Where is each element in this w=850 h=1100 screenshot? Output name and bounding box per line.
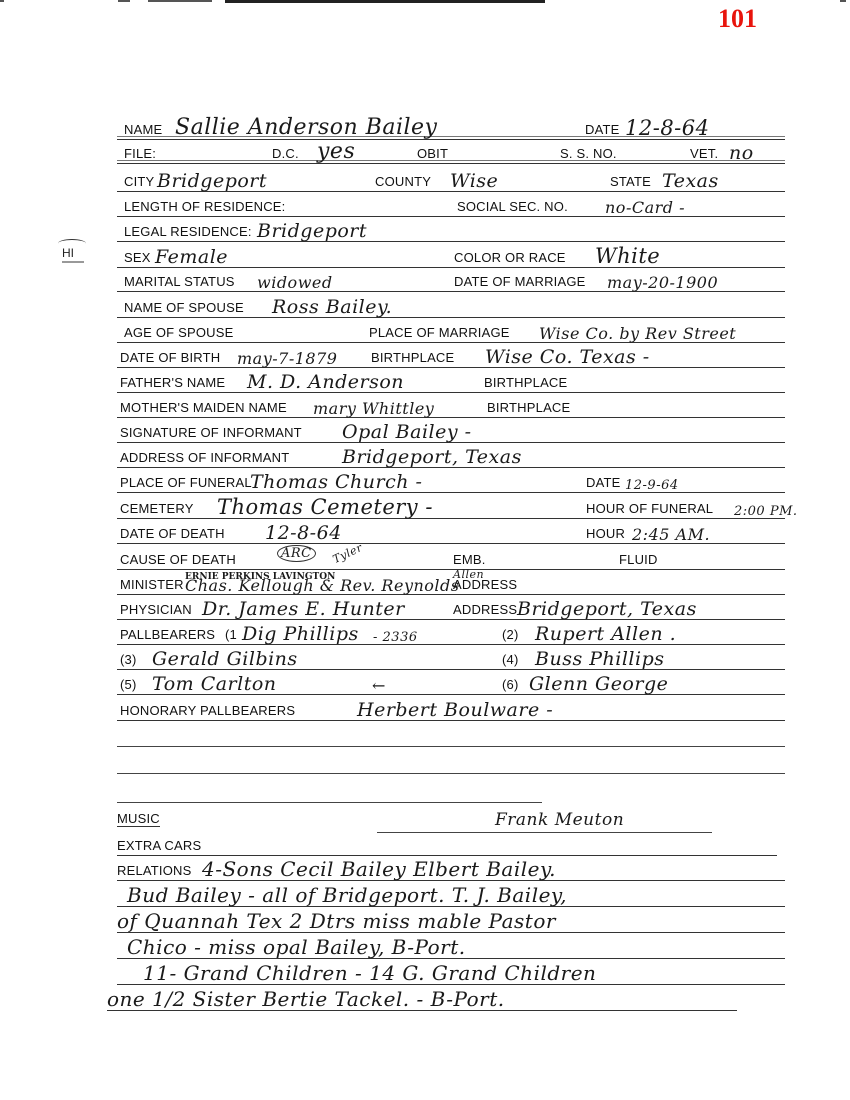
physician-value[interactable]: Dr. James E. Hunter	[202, 598, 405, 620]
relations-label: RELATIONS	[117, 863, 192, 878]
signature-of-informant-label: SIGNATURE OF INFORMANT	[120, 425, 302, 440]
pallbearer-1-num: (1	[225, 627, 237, 642]
state-value[interactable]: Texas	[662, 170, 719, 192]
pallbearer-5-num: (5)	[120, 677, 137, 692]
social-sec-label: SOCIAL SEC. NO.	[457, 199, 568, 214]
row-pallbearers-1-2: PALLBEARERS (1 Dig Phillips - 2336 (2) R…	[117, 621, 785, 645]
row-marital-status: MARITAL STATUS widowed DATE OF MARRIAGE …	[117, 268, 785, 292]
dc-value[interactable]: yes	[317, 139, 355, 164]
row-birth: DATE OF BIRTH may-7-1879 BIRTHPLACE Wise…	[117, 344, 785, 368]
row-informant-signature: SIGNATURE OF INFORMANT Opal Bailey -	[117, 419, 785, 443]
date-of-death-label: DATE OF DEATH	[120, 526, 225, 541]
row-relations-2: Bud Bailey - all of Bridgeport. T. J. Ba…	[117, 883, 785, 907]
honorary-pallbearers-label: HONORARY PALLBEARERS	[120, 703, 295, 718]
blank-line	[117, 746, 785, 747]
legal-residence-label: LEGAL RESIDENCE:	[124, 224, 252, 239]
pallbearer-6-num: (6)	[502, 677, 519, 692]
date-of-birth-value[interactable]: may-7-1879	[237, 349, 337, 368]
row-honorary-pallbearers: HONORARY PALLBEARERS Herbert Boulware -	[117, 697, 785, 721]
pallbearer-1-note: - 2336	[373, 630, 418, 645]
pallbearer-1-name[interactable]: Dig Phillips	[242, 623, 359, 645]
county-value[interactable]: Wise	[450, 170, 498, 192]
county-label: COUNTY	[375, 174, 431, 189]
hour-of-funeral-value[interactable]: 2:00 PM.	[734, 504, 798, 519]
row-music: MUSIC Frank Meuton	[117, 806, 785, 830]
length-of-residence-label: LENGTH OF RESIDENCE:	[124, 199, 285, 214]
music-label: MUSIC	[117, 811, 160, 827]
physician-address-label: ADDRESS	[453, 602, 517, 617]
mothers-maiden-name-label: MOTHER'S MAIDEN NAME	[120, 400, 287, 415]
cause-of-death-label: CAUSE OF DEATH	[120, 552, 236, 567]
blank-line	[117, 773, 785, 774]
pallbearer-4-name[interactable]: Buss Phillips	[535, 648, 664, 670]
row-residence-length: LENGTH OF RESIDENCE: SOCIAL SEC. NO. no-…	[117, 193, 785, 217]
extra-cars-label: EXTRA CARS	[117, 838, 201, 853]
cause-of-death-note: Tyler	[331, 541, 365, 566]
row-name: NAME Sallie Anderson Bailey DATE 12-8-64	[117, 116, 785, 140]
pallbearer-3-name[interactable]: Gerald Gilbins	[152, 648, 298, 670]
row-father: FATHER'S NAME M. D. Anderson BIRTHPLACE	[117, 369, 785, 393]
page-number: 101	[718, 4, 757, 34]
place-of-marriage-value[interactable]: Wise Co. by Rev Street	[539, 324, 736, 343]
pallbearers-label: PALLBEARERS	[120, 627, 215, 642]
address-of-informant-value[interactable]: Bridgeport, Texas	[342, 446, 522, 468]
cemetery-value[interactable]: Thomas Cemetery -	[217, 495, 433, 519]
social-sec-value[interactable]: no-Card -	[605, 198, 685, 217]
hour-label: HOUR	[586, 526, 625, 541]
row-mother: MOTHER'S MAIDEN NAME mary Whittley BIRTH…	[117, 394, 785, 418]
relations-line-3[interactable]: of Quannah Tex 2 Dtrs miss mable Pastor	[117, 909, 556, 933]
pallbearer-6-name[interactable]: Glenn George	[529, 673, 668, 695]
pallbearer-2-name[interactable]: Rupert Allen .	[535, 623, 676, 645]
relations-line-2[interactable]: Bud Bailey - all of Bridgeport. T. J. Ba…	[127, 883, 567, 907]
minister-label: MINISTER	[120, 577, 184, 592]
row-informant-address: ADDRESS OF INFORMANT Bridgeport, Texas	[117, 444, 785, 468]
name-value[interactable]: Sallie Anderson Bailey	[175, 115, 438, 140]
date-of-birth-label: DATE OF BIRTH	[120, 350, 220, 365]
relations-line-4[interactable]: Chico - miss opal Bailey, B-Port.	[127, 935, 466, 959]
pallbearer-3-num: (3)	[120, 652, 137, 667]
name-label: NAME	[124, 122, 162, 137]
city-label: CITY	[124, 174, 154, 189]
row-cemetery: CEMETERY Thomas Cemetery - HOUR OF FUNER…	[117, 495, 785, 519]
mothers-birthplace-label: BIRTHPLACE	[487, 400, 570, 415]
file-label: FILE:	[124, 146, 156, 161]
pallbearer-2-num: (2)	[502, 627, 519, 642]
relations-line-5[interactable]: 11- Grand Children - 14 G. Grand Childre…	[143, 961, 596, 985]
date-of-death-value[interactable]: 12-8-64	[265, 522, 342, 544]
pallbearer-4-num: (4)	[502, 652, 519, 667]
place-of-funeral-label: PLACE OF FUNERAL	[120, 475, 252, 490]
honorary-pallbearers-value[interactable]: Herbert Boulware -	[357, 699, 553, 721]
age-of-spouse-label: AGE OF SPOUSE	[124, 325, 234, 340]
row-relations: RELATIONS 4-Sons Cecil Bailey Elbert Bai…	[117, 857, 785, 881]
row-sex: SEX Female COLOR OR RACE White	[117, 244, 785, 268]
row-city: CITY Bridgeport COUNTY Wise STATE Texas	[117, 168, 785, 192]
color-or-race-label: COLOR OR RACE	[454, 250, 566, 265]
cause-of-death-value[interactable]: ARC	[277, 545, 316, 562]
legal-residence-value[interactable]: Bridgeport	[257, 220, 367, 242]
name-of-spouse-label: NAME OF SPOUSE	[124, 300, 244, 315]
mothers-maiden-name-value[interactable]: mary Whittley	[313, 399, 434, 418]
row-cause-of-death: CAUSE OF DEATH ARC Tyler EMB. FLUID	[117, 546, 785, 570]
funeral-date-label: DATE	[586, 475, 621, 490]
address-of-informant-label: ADDRESS OF INFORMANT	[120, 450, 289, 465]
dc-label: D.C.	[272, 146, 299, 161]
physician-label: PHYSICIAN	[120, 602, 192, 617]
row-relations-3: of Quannah Tex 2 Dtrs miss mable Pastor	[117, 909, 785, 933]
fluid-label: FLUID	[619, 552, 658, 567]
row-relations-4: Chico - miss opal Bailey, B-Port.	[117, 935, 785, 959]
emb-label: EMB.	[453, 552, 486, 567]
row-extra-cars: EXTRA CARS	[117, 832, 785, 856]
physician-address-value[interactable]: Bridgeport, Texas	[517, 598, 697, 620]
fathers-name-label: FATHER'S NAME	[120, 375, 225, 390]
row-physician: PHYSICIAN Dr. James E. Hunter ADDRESS Br…	[117, 596, 785, 620]
minister-value[interactable]: Chas. Kellough & Rev. Reynolds	[185, 576, 459, 595]
funeral-date-value[interactable]: 12-9-64	[625, 478, 679, 493]
pallbearer-5-arrow-icon: ←	[372, 676, 386, 695]
cemetery-label: CEMETERY	[120, 501, 194, 516]
row-relations-6: one 1/2 Sister Bertie Tackel. - B-Port.	[107, 987, 737, 1011]
relations-line-1[interactable]: 4-Sons Cecil Bailey Elbert Bailey.	[202, 857, 556, 881]
row-relations-5: 11- Grand Children - 14 G. Grand Childre…	[117, 961, 785, 985]
date-of-marriage-value[interactable]: may-20-1900	[607, 273, 718, 292]
row-pallbearers-3-4: (3) Gerald Gilbins (4) Buss Phillips	[117, 646, 785, 670]
row-funeral-place: PLACE OF FUNERAL Thomas Church - DATE 12…	[117, 469, 785, 493]
margin-note: HI	[62, 246, 84, 263]
hour-of-funeral-label: HOUR OF FUNERAL	[586, 501, 713, 516]
pallbearer-5-name[interactable]: Tom Carlton	[152, 673, 277, 695]
minister-address-label: ADDRESS	[453, 577, 517, 592]
name-of-spouse-value[interactable]: Ross Bailey.	[272, 296, 392, 318]
sex-label: SEX	[124, 250, 151, 265]
row-spouse-name: NAME OF SPOUSE Ross Bailey.	[117, 294, 785, 318]
sex-value[interactable]: Female	[155, 246, 228, 268]
birthplace-value[interactable]: Wise Co. Texas -	[485, 346, 650, 368]
row-death: DATE OF DEATH 12-8-64 HOUR 2:45 AM.	[117, 520, 785, 544]
relations-line-6[interactable]: one 1/2 Sister Bertie Tackel. - B-Port.	[107, 987, 505, 1011]
music-value[interactable]: Frank Meuton	[495, 810, 624, 830]
place-of-marriage-label: PLACE OF MARRIAGE	[369, 325, 510, 340]
row-spouse-age: AGE OF SPOUSE PLACE OF MARRIAGE Wise Co.…	[117, 319, 785, 343]
row-file: FILE: D.C. yes OBIT S. S. NO. VET. no	[117, 140, 785, 164]
marital-status-label: MARITAL STATUS	[124, 274, 235, 289]
vet-value[interactable]: no	[729, 142, 754, 164]
state-label: STATE	[610, 174, 651, 189]
row-legal-residence: LEGAL RESIDENCE: Bridgeport	[117, 218, 785, 242]
date-of-marriage-label: DATE OF MARRIAGE	[454, 274, 586, 289]
date-value[interactable]: 12-8-64	[625, 116, 710, 140]
place-of-funeral-value[interactable]: Thomas Church -	[250, 471, 422, 493]
obit-label: OBIT	[417, 146, 448, 161]
signature-of-informant-value[interactable]: Opal Bailey -	[342, 421, 472, 443]
city-value[interactable]: Bridgeport	[157, 170, 267, 192]
fathers-name-value[interactable]: M. D. Anderson	[247, 371, 404, 393]
vet-label: VET.	[690, 146, 718, 161]
ss-no-label: S. S. NO.	[560, 146, 617, 161]
row-pallbearers-5-6: (5) Tom Carlton ← (6) Glenn George	[117, 671, 785, 695]
marital-status-value[interactable]: widowed	[257, 273, 333, 292]
fathers-birthplace-label: BIRTHPLACE	[484, 375, 567, 390]
birthplace-label: BIRTHPLACE	[371, 350, 454, 365]
color-or-race-value[interactable]: White	[595, 244, 660, 268]
date-label: DATE	[585, 122, 620, 137]
blank-line	[117, 802, 542, 803]
hour-value[interactable]: 2:45 AM.	[632, 525, 710, 544]
row-minister: MINISTER ERNIE PERKINS LAVINGTON Chas. K…	[117, 571, 785, 595]
